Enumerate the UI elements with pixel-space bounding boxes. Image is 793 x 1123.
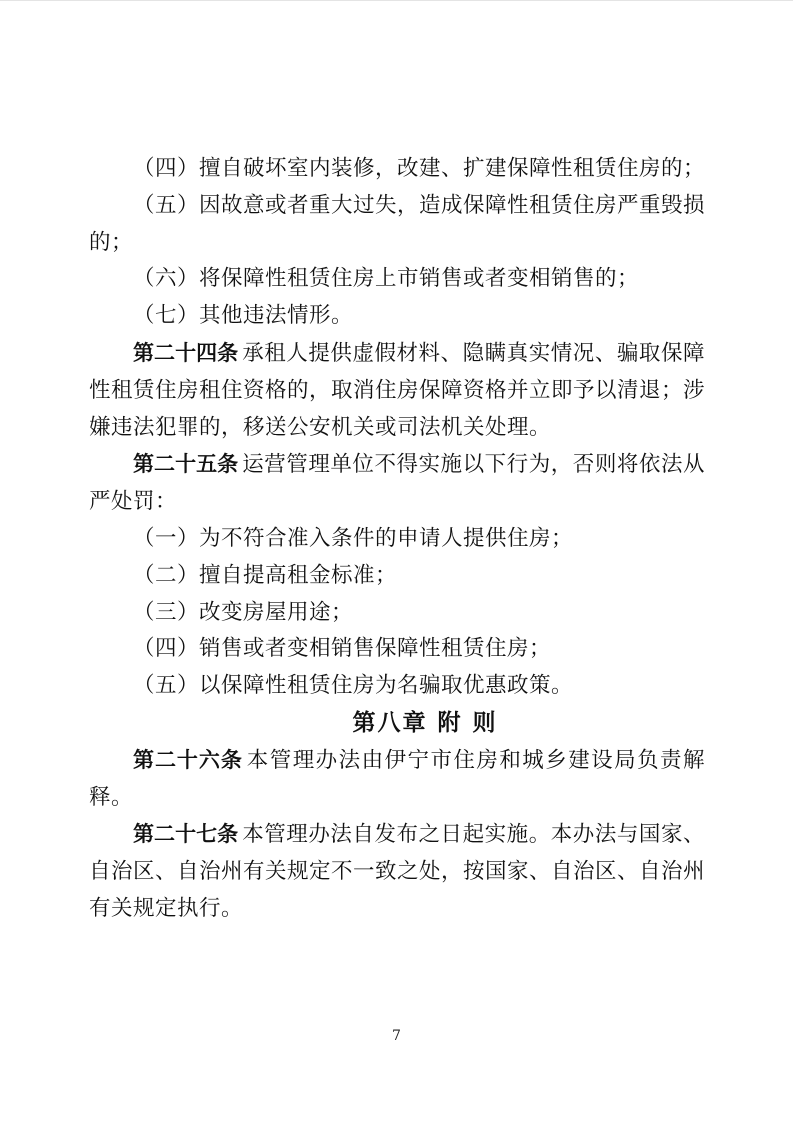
article-25-number: 第二十五条 xyxy=(133,451,238,476)
list-item-7: （七）其他违法情形。 xyxy=(89,298,705,335)
page-number: 7 xyxy=(392,1028,401,1044)
list-item-4: （四）擅自破坏室内装修，改建、扩建保障性租赁住房的； xyxy=(89,151,705,188)
article-27-number: 第二十七条 xyxy=(133,821,238,846)
list-item-1: （一）为不符合准入条件的申请人提供住房； xyxy=(89,521,705,558)
document-page: （四）擅自破坏室内装修，改建、扩建保障性租赁住房的； （五）因故意或者重大过失，… xyxy=(0,0,793,1123)
list-item-6: （六）将保障性租赁住房上市销售或者变相销售的； xyxy=(89,261,705,298)
list-item-5: （五）因故意或者重大过失，造成保障性租赁住房严重毁损的； xyxy=(89,188,705,262)
article-24: 第二十四条承租人提供虚假材料、隐瞒真实情况、骗取保障性租赁住房租住资格的，取消住… xyxy=(89,335,705,446)
article-26-number: 第二十六条 xyxy=(133,747,243,772)
list-item-4b: （四）销售或者变相销售保障性租赁住房； xyxy=(89,631,705,668)
page-footer: 7 xyxy=(0,1025,793,1044)
article-27: 第二十七条本管理办法自发布之日起实施。本办法与国家、自治区、自治州有关规定不一致… xyxy=(89,816,705,927)
list-item-2: （二）擅自提高租金标准； xyxy=(89,558,705,595)
list-item-3: （三）改变房屋用途； xyxy=(89,595,705,632)
chapter-heading: 第八章 附 则 xyxy=(117,705,733,742)
article-25: 第二十五条运营管理单位不得实施以下行为，否则将依法从严处罚： xyxy=(89,446,705,521)
list-item-5b: （五）以保障性租赁住房为名骗取优惠政策。 xyxy=(89,668,705,705)
document-body: （四）擅自破坏室内装修，改建、扩建保障性租赁住房的； （五）因故意或者重大过失，… xyxy=(89,151,705,928)
article-26: 第二十六条本管理办法由伊宁市住房和城乡建设局负责解释。 xyxy=(89,742,705,817)
article-24-number: 第二十四条 xyxy=(133,340,238,365)
